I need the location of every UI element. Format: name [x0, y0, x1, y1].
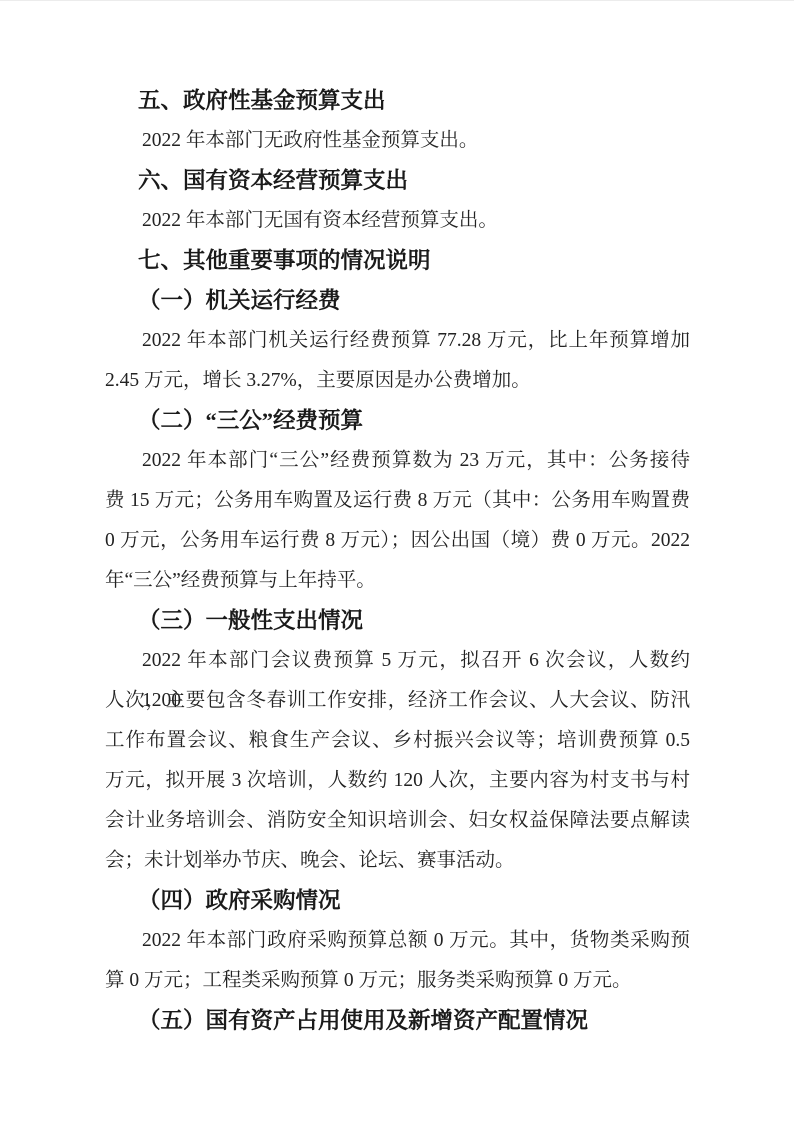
subsection-heading: （二）“三公”经费预算 [105, 401, 690, 441]
document-content: 五、政府性基金预算支出2022 年本部门无政府性基金预算支出。六、国有资本经营预… [105, 81, 690, 1041]
paragraph-line: 会；未计划举办节庆、晚会、论坛、赛事活动。 [105, 841, 690, 881]
subsection-heading: （四）政府采购情况 [105, 881, 690, 921]
paragraph-line: 算 0 万元；工程类采购预算 0 万元；服务类采购预算 0 万元。 [105, 961, 690, 1001]
paragraph-line: 人次，主要包含冬春训工作安排，经济工作会议、人大会议、防汛 [105, 681, 690, 721]
paragraph-line: 会计业务培训会、消防安全知识培训会、妇女权益保障法要点解读 [105, 801, 690, 841]
section-heading: 五、政府性基金预算支出 [105, 81, 690, 121]
subsection-heading: （三）一般性支出情况 [105, 601, 690, 641]
paragraph-line: 工作布置会议、粮食生产会议、乡村振兴会议等；培训费预算 0.5 [105, 721, 690, 761]
paragraph-line: 万元，拟开展 3 次培训，人数约 120 人次，主要内容为村支书与村 [105, 761, 690, 801]
paragraph-line: 0 万元，公务用车运行费 8 万元）；因公出国（境）费 0 万元。2022 [105, 521, 690, 561]
paragraph-line: 年“三公”经费预算与上年持平。 [105, 561, 690, 601]
section-heading: 七、其他重要事项的情况说明 [105, 241, 690, 281]
paragraph-line: 2022 年本部门政府采购预算总额 0 万元。其中，货物类采购预 [105, 921, 690, 961]
paragraph-line: 2022 年本部门机关运行经费预算 77.28 万元，比上年预算增加 [105, 321, 690, 361]
document-page: 五、政府性基金预算支出2022 年本部门无政府性基金预算支出。六、国有资本经营预… [0, 0, 794, 1123]
paragraph-line: 2.45 万元，增长 3.27%，主要原因是办公费增加。 [105, 361, 690, 401]
paragraph-line: 费 15 万元；公务用车购置及运行费 8 万元（其中：公务用车购置费 [105, 481, 690, 521]
paragraph-line: 2022 年本部门无政府性基金预算支出。 [105, 121, 690, 161]
subsection-heading: （一）机关运行经费 [105, 281, 690, 321]
subsection-heading: （五）国有资产占用使用及新增资产配置情况 [105, 1001, 690, 1041]
section-heading: 六、国有资本经营预算支出 [105, 161, 690, 201]
paragraph-line: 2022 年本部门无国有资本经营预算支出。 [105, 201, 690, 241]
paragraph-line: 2022 年本部门会议费预算 5 万元，拟召开 6 次会议，人数约 1200 [105, 641, 690, 681]
paragraph-line: 2022 年本部门“三公”经费预算数为 23 万元，其中：公务接待 [105, 441, 690, 481]
